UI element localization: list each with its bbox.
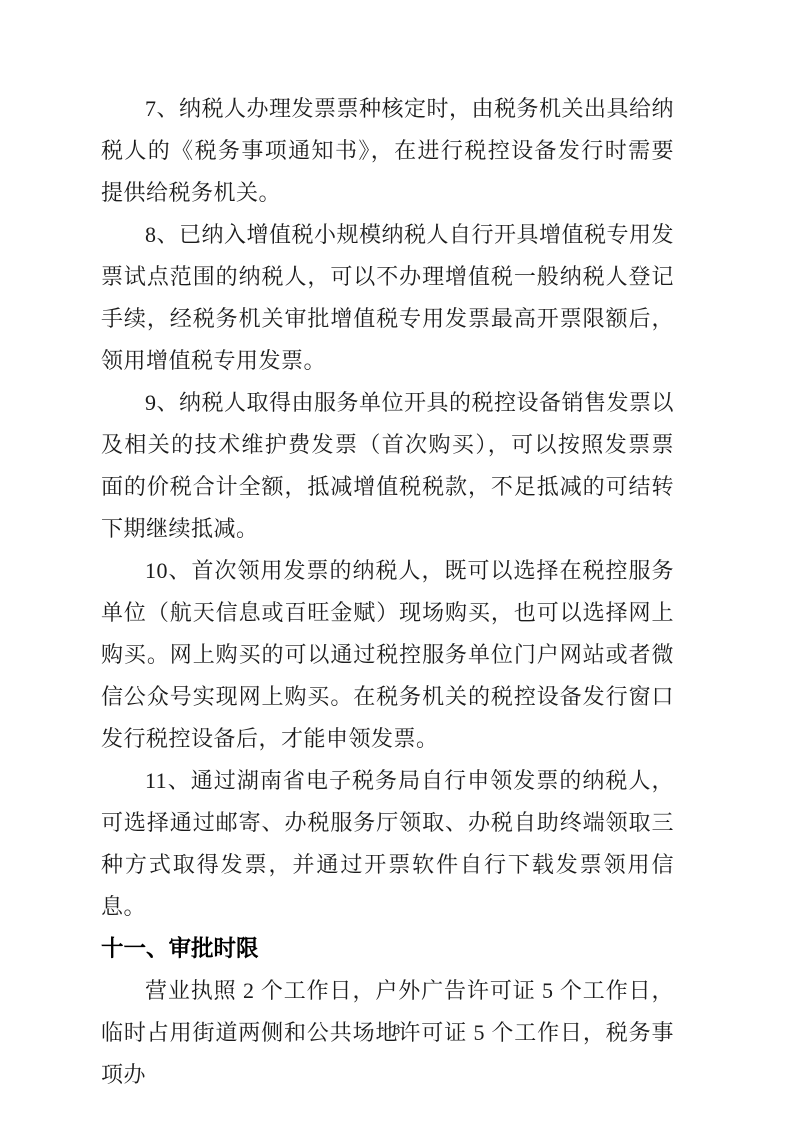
page-footer: 3 bbox=[0, 1022, 793, 1039]
paragraph: 8、已纳入增值税小规模纳税人自行开具增值税专用发票试点范围的纳税人，可以不办理增… bbox=[101, 214, 674, 382]
page-number: 3 bbox=[393, 1022, 401, 1038]
paragraph: 11、通过湖南省电子税务局自行申领发票的纳税人，可选择通过邮寄、办税服务厅领取、… bbox=[101, 760, 674, 928]
document-page: 7、纳税人办理发票票种核定时，由税务机关出具给纳税人的《税务事项通知书》，在进行… bbox=[0, 0, 793, 1122]
section-heading: 十一、审批时限 bbox=[101, 928, 674, 970]
paragraph: 9、纳税人取得由服务单位开具的税控设备销售发票以及相关的技术维护费发票（首次购买… bbox=[101, 382, 674, 550]
paragraph: 7、纳税人办理发票票种核定时，由税务机关出具给纳税人的《税务事项通知书》，在进行… bbox=[101, 88, 674, 214]
document-content: 7、纳税人办理发票票种核定时，由税务机关出具给纳税人的《税务事项通知书》，在进行… bbox=[101, 88, 674, 1096]
paragraph: 10、首次领用发票的纳税人，既可以选择在税控服务单位（航天信息或百旺金赋）现场购… bbox=[101, 550, 674, 760]
